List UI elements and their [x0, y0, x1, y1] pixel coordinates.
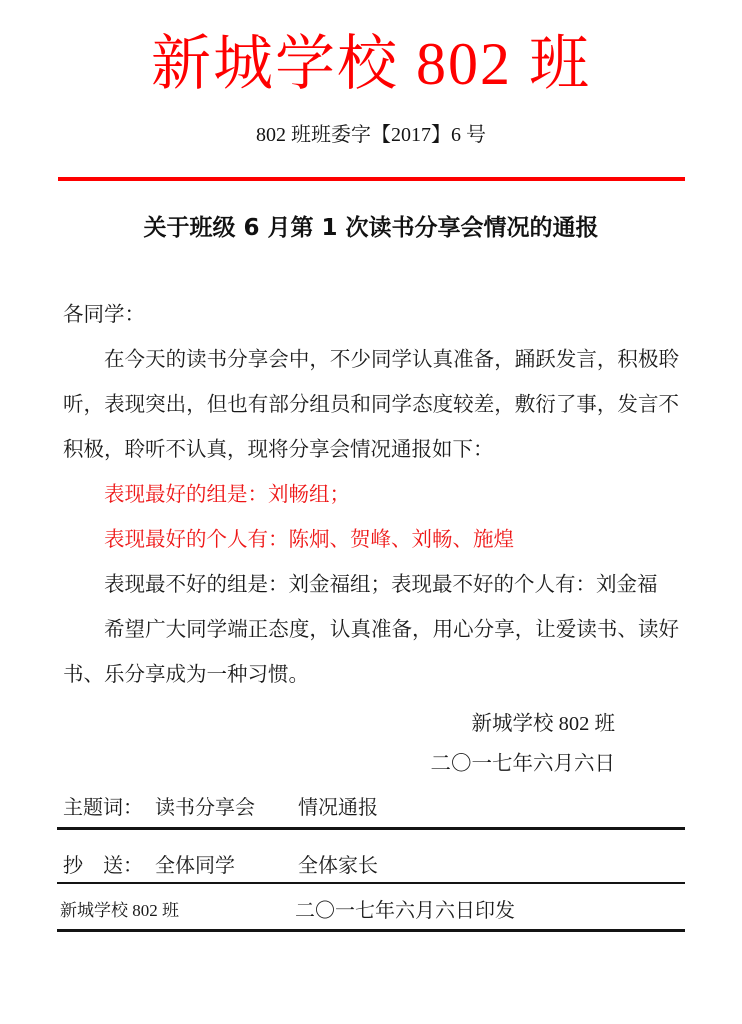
best-group-line: 表现最好的组是：刘畅组；	[63, 473, 679, 518]
document-page: 新城学校 802 班 802 班班委字【2017】6 号 关于班级 6 月第 1…	[0, 0, 742, 1024]
notice-heading: 关于班级 6 月第 1 次读书分享会情况的通报	[0, 212, 742, 244]
footer-rule-2	[57, 882, 685, 884]
subject-row: 主题词： 读书分享会 情况通报	[0, 793, 742, 823]
body-paragraph-1: 在今天的读书分享会中，不少同学认真准备，踊跃发言，积极聆听，表现突出，但也有部分…	[63, 338, 679, 473]
letterhead-title: 新城学校 802 班	[0, 30, 742, 98]
worst-performers-line: 表现最不好的组是：刘金福组；表现最不好的个人有：刘金福	[63, 563, 679, 608]
cc-recipient-1: 全体同学	[155, 851, 235, 881]
subject-term-1: 读书分享会	[155, 793, 255, 823]
issue-date: 二〇一七年六月六日印发	[295, 896, 515, 926]
cc-row: 抄 送： 全体同学 全体家长	[0, 851, 742, 881]
subject-label: 主题词：	[63, 793, 143, 823]
salutation: 各同学：	[63, 293, 679, 338]
issue-row: 新城学校 802 班 二〇一七年六月六日印发	[0, 896, 742, 926]
subject-term-2: 情况通报	[298, 793, 378, 823]
footer-rule-1	[57, 827, 685, 830]
signature-date: 二〇一七年六月六日	[63, 744, 615, 784]
body-paragraph-2: 希望广大同学端正态度，认真准备，用心分享，让爱读书、读好书、乐分享成为一种习惯。	[63, 608, 679, 698]
issuer: 新城学校 802 班	[60, 896, 179, 926]
footer-rule-3	[57, 929, 685, 932]
cc-label: 抄 送：	[63, 851, 143, 881]
document-number: 802 班班委字【2017】6 号	[0, 122, 742, 148]
best-individuals-line: 表现最好的个人有：陈炯、贺峰、刘畅、施煌	[63, 518, 679, 563]
notice-body: 各同学： 在今天的读书分享会中，不少同学认真准备，踊跃发言，积极聆听，表现突出，…	[63, 293, 679, 784]
signature-block: 新城学校 802 班 二〇一七年六月六日	[63, 704, 679, 784]
cc-recipient-2: 全体家长	[298, 851, 378, 881]
signature: 新城学校 802 班	[63, 704, 615, 744]
letterhead-red-rule	[58, 177, 685, 181]
